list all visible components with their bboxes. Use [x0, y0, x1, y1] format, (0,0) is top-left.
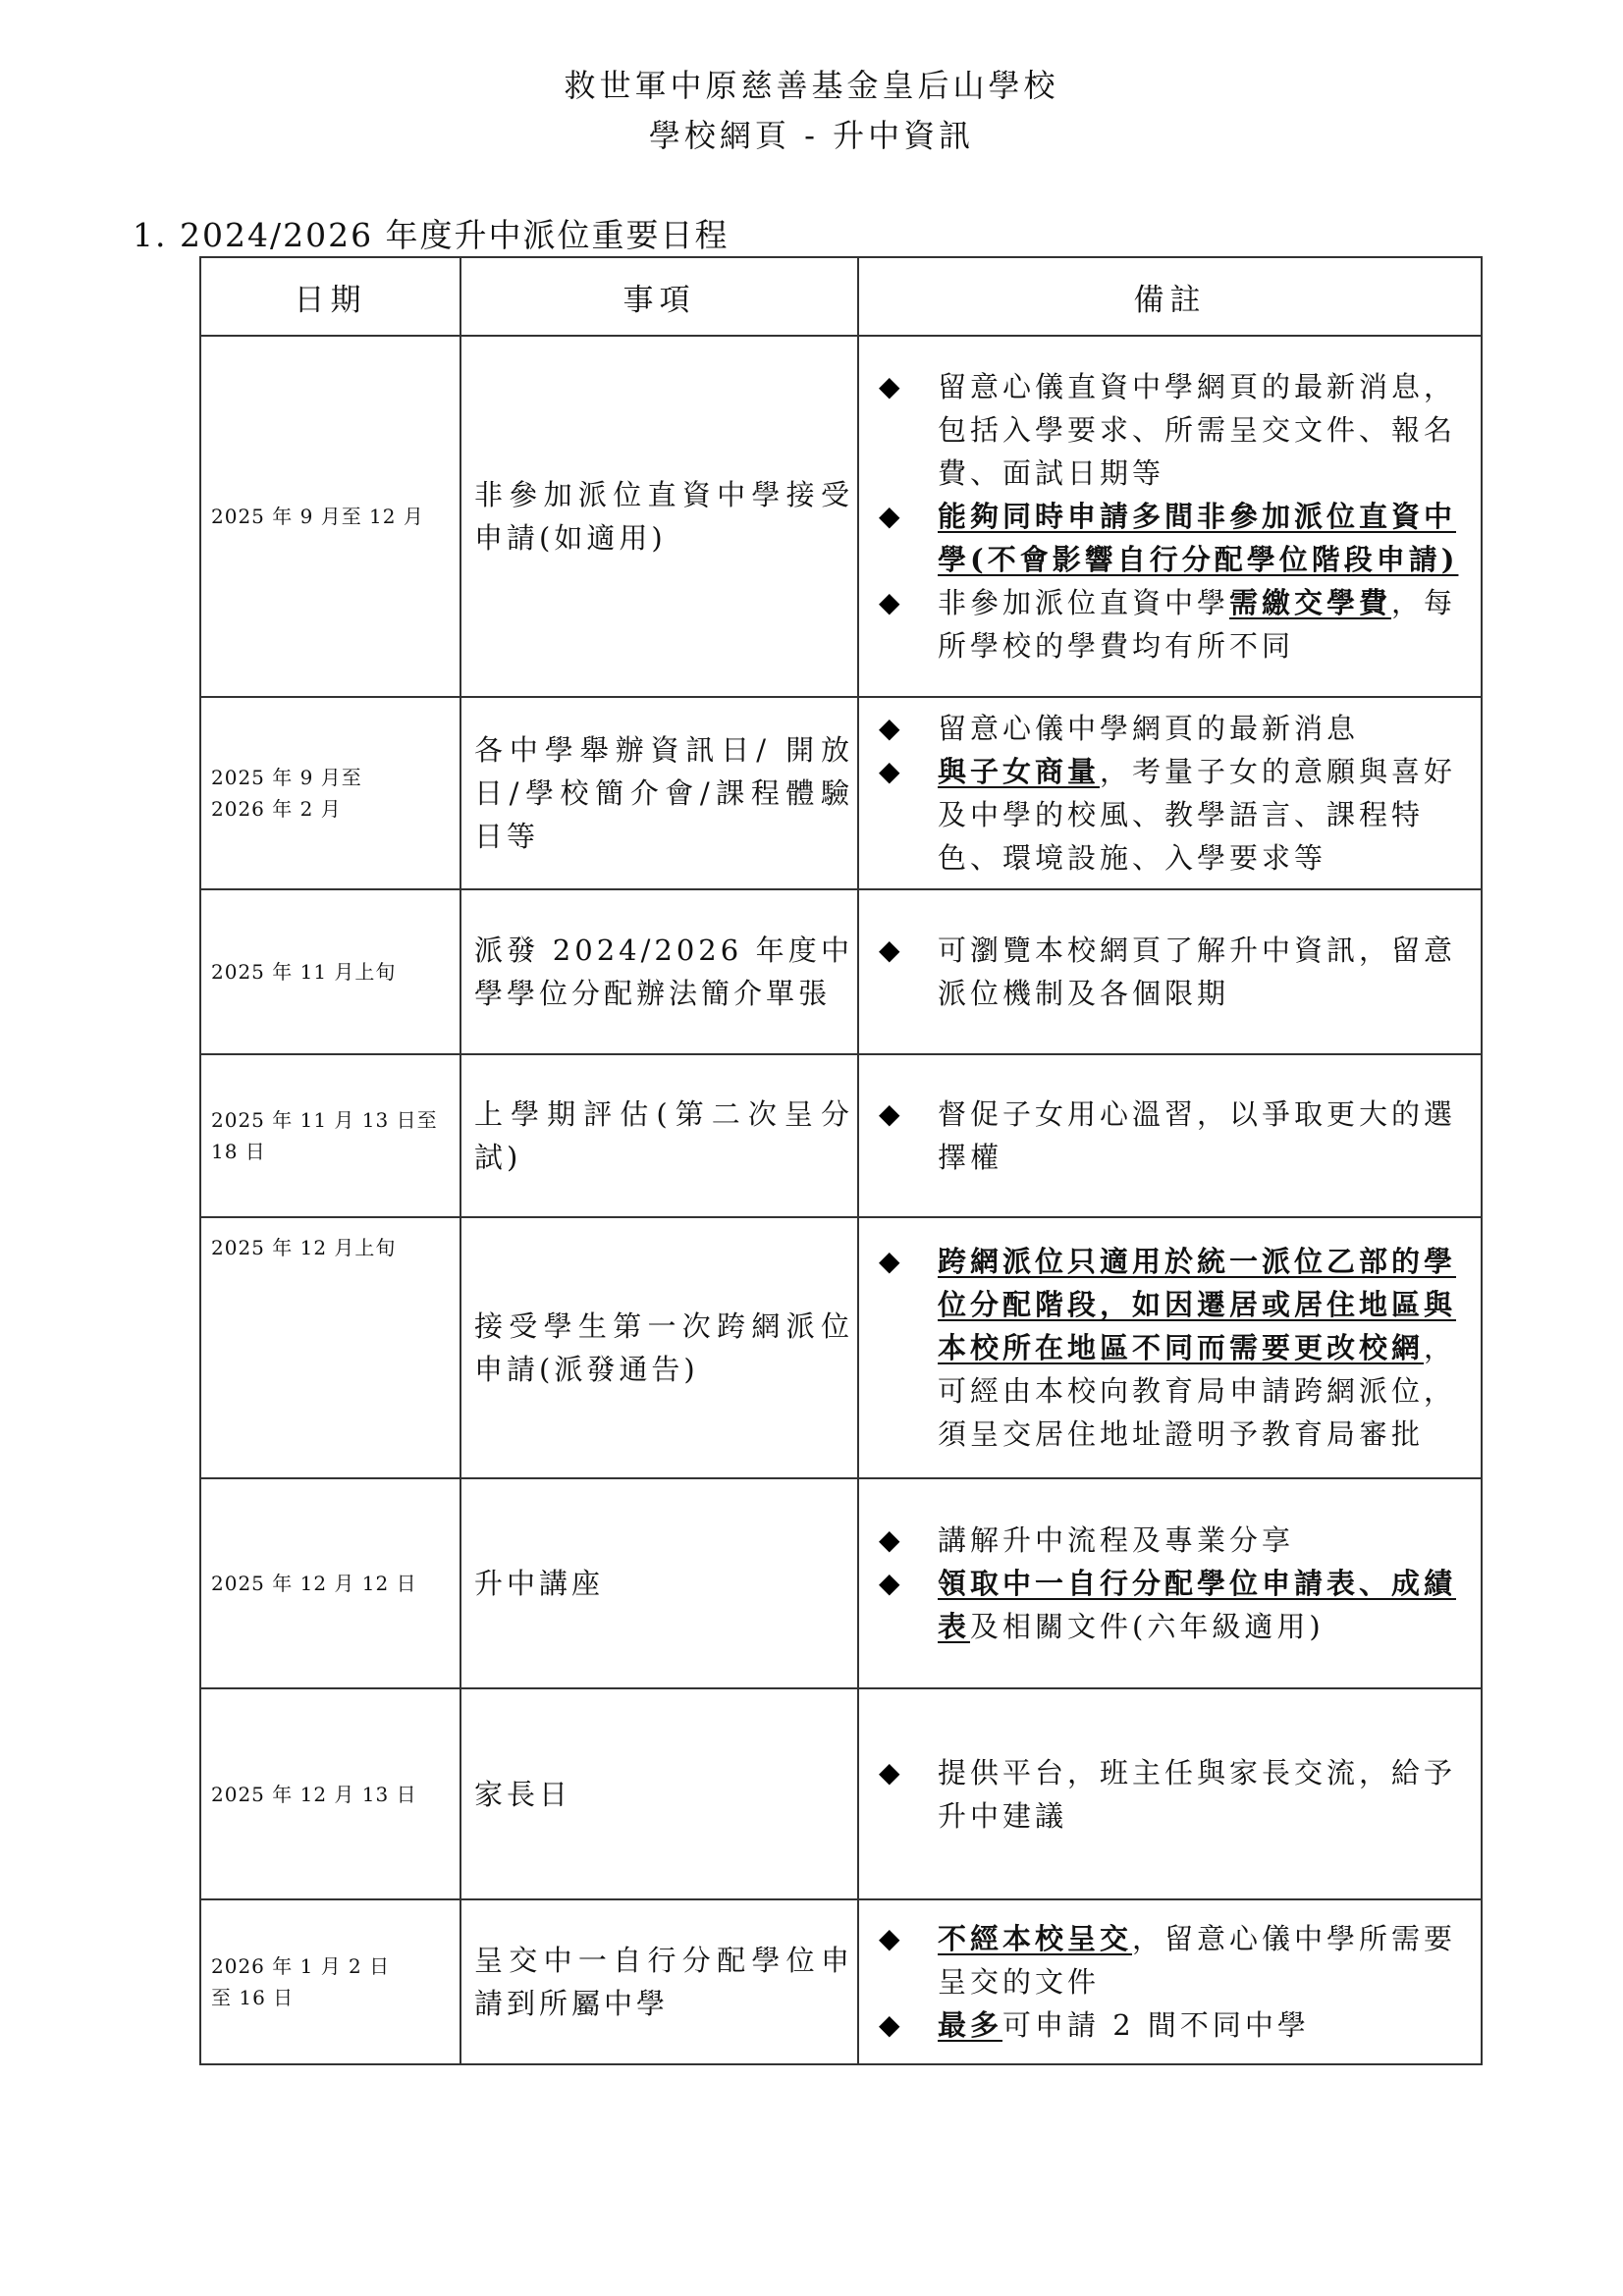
schedule-table: 日期 事項 備註 2025 年 9 月至 12 月非參加派位直資中學接受申請(如…: [199, 256, 1483, 2065]
note-item: ◆提供平台，班主任與家長交流，給予升中建議: [873, 1751, 1475, 1838]
table-row: 2025 年 12 月 12 日升中講座◆講解升中流程及專業分享◆領取中一自行分…: [200, 1478, 1482, 1688]
diamond-bullet-icon: ◆: [879, 929, 904, 972]
notes-list: ◆留意心儀中學網頁的最新消息◆與子女商量，考量子女的意願與喜好及中學的校風、教學…: [873, 707, 1475, 880]
notes-list: ◆可瀏覽本校網頁了解升中資訊，留意派位機制及各個限期: [873, 929, 1475, 1015]
date-text: 2025 年 12 月 12 日: [211, 1572, 417, 1595]
note-item: ◆跨網派位只適用於統一派位乙部的學位分配階段，如因遷居或居住地區與本校所在地區不…: [873, 1240, 1475, 1456]
diamond-bullet-icon: ◆: [879, 2003, 904, 2047]
column-header-notes: 備註: [858, 257, 1482, 336]
note-text: 提供平台，班主任與家長交流，給予升中建議: [938, 1756, 1456, 1833]
date-text: 2026 年 1 月 2 日 至 16 日: [211, 1954, 390, 2009]
date-cell: 2025 年 11 月上旬: [200, 889, 460, 1054]
school-name: 救世軍中原慈善基金皇后山學校: [0, 61, 1623, 106]
diamond-bullet-icon: ◆: [879, 581, 904, 624]
table-row: 2025 年 12 月 13 日家長日◆提供平台，班主任與家長交流，給予升中建議: [200, 1688, 1482, 1899]
diamond-bullet-icon: ◆: [879, 1917, 904, 1960]
diamond-bullet-icon: ◆: [879, 1093, 904, 1136]
table-row: 2026 年 1 月 2 日 至 16 日呈交中一自行分配學位申請到所屬中學◆不…: [200, 1899, 1482, 2064]
date-cell: 2025 年 9 月至 2026 年 2 月: [200, 697, 460, 889]
notes-cell: ◆不經本校呈交，留意心儀中學所需要呈交的文件◆最多可申請 2 間不同中學: [858, 1899, 1482, 2064]
diamond-bullet-icon: ◆: [879, 1519, 904, 1562]
note-text: 留意心儀直資中學網頁的最新消息，包括入學要求、所需呈交文件、報名費、面試日期等: [938, 370, 1456, 490]
note-text: 講解升中流程及專業分享: [938, 1523, 1294, 1557]
item-cell: 各中學舉辦資訊日/ 開放日/學校簡介會/課程體驗日等: [460, 697, 858, 889]
item-cell: 接受學生第一次跨網派位申請(派發通告): [460, 1217, 858, 1478]
date-cell: 2025 年 12 月 13 日: [200, 1688, 460, 1899]
table-row: 2025 年 12 月上旬接受學生第一次跨網派位申請(派發通告)◆跨網派位只適用…: [200, 1217, 1482, 1478]
note-emphasis-text: 最多: [938, 2008, 1002, 2042]
note-emphasis-text: 能夠同時申請多間非參加派位直資中學(不會影響自行分配學位階段申請): [938, 500, 1458, 576]
note-item: ◆最多可申請 2 間不同中學: [873, 2003, 1475, 2047]
diamond-bullet-icon: ◆: [879, 365, 904, 408]
notes-list: ◆不經本校呈交，留意心儀中學所需要呈交的文件◆最多可申請 2 間不同中學: [873, 1917, 1475, 2047]
table-row: 2025 年 9 月至 12 月非參加派位直資中學接受申請(如適用)◆留意心儀直…: [200, 336, 1482, 697]
item-cell: 呈交中一自行分配學位申請到所屬中學: [460, 1899, 858, 2064]
diamond-bullet-icon: ◆: [879, 1240, 904, 1283]
note-item: ◆可瀏覽本校網頁了解升中資訊，留意派位機制及各個限期: [873, 929, 1475, 1015]
note-text: 可申請 2 間不同中學: [1002, 2008, 1310, 2042]
note-text: 非參加派位直資中學: [938, 586, 1229, 619]
note-item: ◆講解升中流程及專業分享: [873, 1519, 1475, 1562]
notes-list: ◆講解升中流程及專業分享◆領取中一自行分配學位申請表、成績表及相關文件(六年級適…: [873, 1519, 1475, 1648]
date-text: 2025 年 12 月 13 日: [211, 1783, 417, 1806]
page-subtitle: 學校網頁 - 升中資訊: [0, 111, 1623, 156]
date-cell: 2026 年 1 月 2 日 至 16 日: [200, 1899, 460, 2064]
note-item: ◆領取中一自行分配學位申請表、成績表及相關文件(六年級適用): [873, 1562, 1475, 1648]
notes-cell: ◆跨網派位只適用於統一派位乙部的學位分配階段，如因遷居或居住地區與本校所在地區不…: [858, 1217, 1482, 1478]
diamond-bullet-icon: ◆: [879, 495, 904, 538]
table-row: 2025 年 9 月至 2026 年 2 月各中學舉辦資訊日/ 開放日/學校簡介…: [200, 697, 1482, 889]
notes-cell: ◆可瀏覽本校網頁了解升中資訊，留意派位機制及各個限期: [858, 889, 1482, 1054]
note-text: 及相關文件(六年級適用): [970, 1610, 1325, 1643]
date-text: 2025 年 11 月 13 日至 18 日: [211, 1108, 438, 1163]
note-item: ◆留意心儀直資中學網頁的最新消息，包括入學要求、所需呈交文件、報名費、面試日期等: [873, 365, 1475, 495]
note-item: ◆督促子女用心溫習，以爭取更大的選擇權: [873, 1093, 1475, 1179]
note-item: ◆非參加派位直資中學需繳交學費，每所學校的學費均有所不同: [873, 581, 1475, 667]
item-cell: 上學期評估(第二次呈分試): [460, 1054, 858, 1217]
date-cell: 2025 年 9 月至 12 月: [200, 336, 460, 697]
note-text: 督促子女用心溫習，以爭取更大的選擇權: [938, 1097, 1456, 1174]
date-text: 2025 年 9 月至 12 月: [211, 505, 424, 528]
item-cell: 派發 2024/2026 年度中學學位分配辦法簡介單張: [460, 889, 858, 1054]
notes-cell: ◆留意心儀中學網頁的最新消息◆與子女商量，考量子女的意願與喜好及中學的校風、教學…: [858, 697, 1482, 889]
note-text: 留意心儀中學網頁的最新消息: [938, 712, 1359, 745]
diamond-bullet-icon: ◆: [879, 750, 904, 793]
column-header-item: 事項: [460, 257, 858, 336]
date-text: 2025 年 11 月上旬: [211, 960, 396, 984]
note-item: ◆與子女商量，考量子女的意願與喜好及中學的校風、教學語言、課程特色、環境設施、入…: [873, 750, 1475, 880]
item-cell: 升中講座: [460, 1478, 858, 1688]
notes-cell: ◆留意心儀直資中學網頁的最新消息，包括入學要求、所需呈交文件、報名費、面試日期等…: [858, 336, 1482, 697]
item-cell: 家長日: [460, 1688, 858, 1899]
note-emphasis-text: 與子女商量: [938, 755, 1100, 788]
diamond-bullet-icon: ◆: [879, 707, 904, 750]
date-text: 2025 年 12 月上旬: [211, 1236, 396, 1259]
note-emphasis-text: 不經本校呈交: [938, 1922, 1132, 1955]
notes-cell: ◆督促子女用心溫習，以爭取更大的選擇權: [858, 1054, 1482, 1217]
diamond-bullet-icon: ◆: [879, 1562, 904, 1605]
table-row: 2025 年 11 月 13 日至 18 日上學期評估(第二次呈分試)◆督促子女…: [200, 1054, 1482, 1217]
diamond-bullet-icon: ◆: [879, 1751, 904, 1794]
date-text: 2025 年 9 月至 2026 年 2 月: [211, 766, 362, 821]
date-cell: 2025 年 12 月 12 日: [200, 1478, 460, 1688]
table-body: 2025 年 9 月至 12 月非參加派位直資中學接受申請(如適用)◆留意心儀直…: [200, 336, 1482, 2064]
notes-list: ◆跨網派位只適用於統一派位乙部的學位分配階段，如因遷居或居住地區與本校所在地區不…: [873, 1240, 1475, 1456]
note-item: ◆能夠同時申請多間非參加派位直資中學(不會影響自行分配學位階段申請): [873, 495, 1475, 581]
table-row: 2025 年 11 月上旬派發 2024/2026 年度中學學位分配辦法簡介單張…: [200, 889, 1482, 1054]
notes-list: ◆留意心儀直資中學網頁的最新消息，包括入學要求、所需呈交文件、報名費、面試日期等…: [873, 365, 1475, 667]
notes-cell: ◆講解升中流程及專業分享◆領取中一自行分配學位申請表、成績表及相關文件(六年級適…: [858, 1478, 1482, 1688]
notes-list: ◆提供平台，班主任與家長交流，給予升中建議: [873, 1751, 1475, 1838]
note-item: ◆留意心儀中學網頁的最新消息: [873, 707, 1475, 750]
table-header-row: 日期 事項 備註: [200, 257, 1482, 336]
note-text: 可瀏覽本校網頁了解升中資訊，留意派位機制及各個限期: [938, 934, 1456, 1010]
date-cell: 2025 年 12 月上旬: [200, 1217, 460, 1478]
note-emphasis-text: 跨網派位只適用於統一派位乙部的學位分配階段，如因遷居或居住地區與本校所在地區不同…: [938, 1245, 1456, 1364]
note-emphasis-text: 需繳交學費: [1229, 586, 1391, 619]
column-header-date: 日期: [200, 257, 460, 336]
item-cell: 非參加派位直資中學接受申請(如適用): [460, 336, 858, 697]
note-item: ◆不經本校呈交，留意心儀中學所需要呈交的文件: [873, 1917, 1475, 2003]
notes-list: ◆督促子女用心溫習，以爭取更大的選擇權: [873, 1093, 1475, 1179]
notes-cell: ◆提供平台，班主任與家長交流，給予升中建議: [858, 1688, 1482, 1899]
date-cell: 2025 年 11 月 13 日至 18 日: [200, 1054, 460, 1217]
section-heading: 1. 2024/2026 年度升中派位重要日程: [133, 210, 730, 256]
